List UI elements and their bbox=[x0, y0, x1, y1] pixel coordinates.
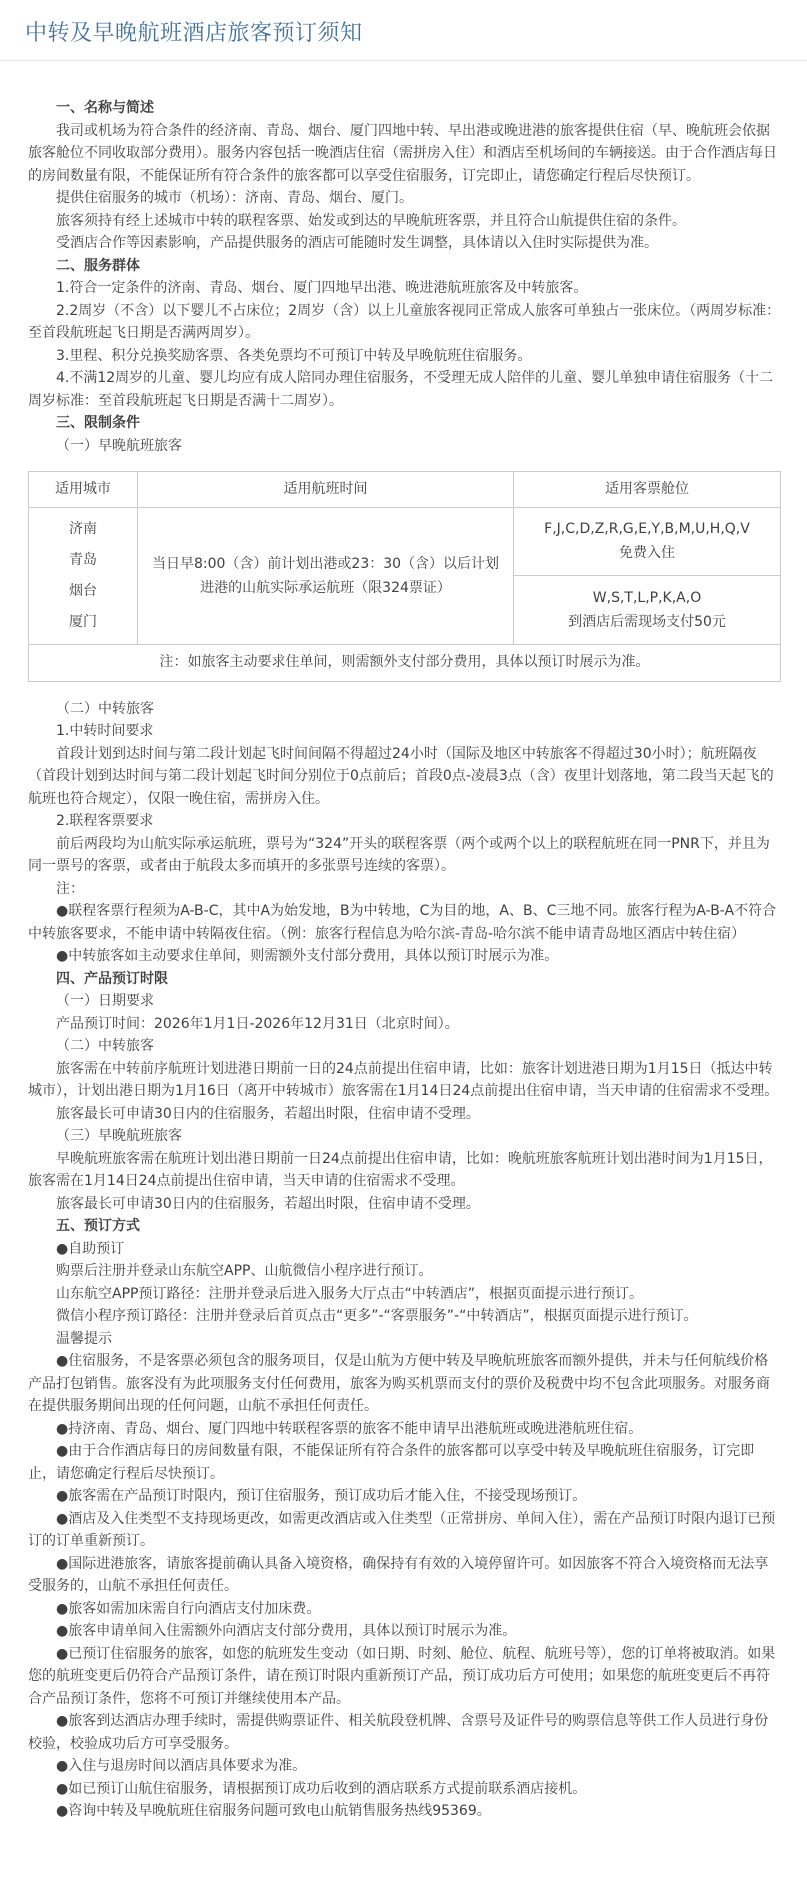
paragraph: （三）早晚航班旅客 bbox=[28, 1125, 781, 1148]
paragraph: 山东航空APP预订路径：注册并登录后进入服务大厅点击“中转酒店”，根据页面提示进… bbox=[28, 1283, 781, 1306]
column-header-flight-time: 适用航班时间 bbox=[138, 472, 514, 508]
cell-cabin-free: F,J,C,D,Z,R,G,E,Y,B,M,U,H,Q,V 免费入住 bbox=[514, 507, 781, 576]
paragraph: ●旅客需在产品预订时限内，预订住宿服务，预订成功后才能入住，不接受现场预订。 bbox=[28, 1485, 781, 1508]
section-heading: 一、名称与简述 bbox=[28, 97, 781, 120]
section-heading: 四、产品预订时限 bbox=[28, 968, 781, 991]
paragraph: 前后两段均为山航实际承运航班，票号为“324”开头的联程客票（两个或两个以上的联… bbox=[28, 833, 781, 878]
paragraph: （一）早晚航班旅客 bbox=[28, 435, 781, 458]
cell-cities: 济南 青岛 烟台 厦门 bbox=[29, 507, 138, 644]
page-title: 中转及早晚航班酒店旅客预订须知 bbox=[25, 16, 783, 47]
paragraph: ●酒店及入住类型不支持现场更改，如需更改酒店或入住类型（正常拼房、单间入住），需… bbox=[28, 1508, 781, 1553]
column-header-cabin: 适用客票舱位 bbox=[514, 472, 781, 508]
paragraph: （二）中转旅客 bbox=[28, 698, 781, 721]
page-header: 中转及早晚航班酒店旅客预订须知 bbox=[0, 0, 807, 60]
table-header-row: 适用城市 适用航班时间 适用客票舱位 bbox=[29, 472, 781, 508]
paragraph: ●如已预订山航住宿服务，请根据预订成功后收到的酒店联系方式提前联系酒店接机。 bbox=[28, 1778, 781, 1801]
paragraph: 旅客最长可申请30日内的住宿服务，若超出时限，住宿申请不受理。 bbox=[28, 1193, 781, 1216]
column-header-city: 适用城市 bbox=[29, 472, 138, 508]
paragraph: ●旅客如需加床需自行向酒店支付加床费。 bbox=[28, 1598, 781, 1621]
section-heading: 三、限制条件 bbox=[28, 412, 781, 435]
notice-content: 一、名称与简述我司或机场为符合条件的经济南、青岛、烟台、厦门四地中转、早出港或晚… bbox=[0, 61, 807, 1893]
city-yantai: 烟台 bbox=[37, 576, 129, 607]
paragraph: ●中转旅客如主动要求住单间，则需额外支付部分费用，具体以预订时展示为准。 bbox=[28, 945, 781, 968]
cabin-note-free: 免费入住 bbox=[522, 541, 772, 565]
paragraph: ●旅客申请单间入住需额外向酒店支付部分费用，具体以预订时展示为准。 bbox=[28, 1620, 781, 1643]
paragraph: 微信小程序预订路径：注册并登录后首页点击“更多”-“客票服务”-“中转酒店”，根… bbox=[28, 1305, 781, 1328]
paragraph: ●联程客票行程须为A-B-C，其中A为始发地，B为中转地，C为目的地，A、B、C… bbox=[28, 900, 781, 945]
city-xiamen: 厦门 bbox=[37, 607, 129, 638]
paragraph: ●由于合作酒店每日的房间数量有限，不能保证所有符合条件的旅客都可以享受中转及早晚… bbox=[28, 1440, 781, 1485]
paragraph: 旅客需在中转前序航班计划进港日期前一日的24点前提出住宿申请，比如：旅客计划进港… bbox=[28, 1058, 781, 1103]
paragraph: ●旅客到达酒店办理手续时，需提供购票证件、相关航段登机牌、含票号及证件号的购票信… bbox=[28, 1710, 781, 1755]
cell-cabin-paid: W,S,T,L,P,K,A,O 到酒店后需现场支付50元 bbox=[514, 576, 781, 645]
paragraph: 注： bbox=[28, 878, 781, 901]
eligibility-table: 适用城市 适用航班时间 适用客票舱位 济南 青岛 烟台 厦门 当日早8:00（含… bbox=[28, 471, 781, 682]
paragraph: ●自助预订 bbox=[28, 1238, 781, 1261]
section-heading: 五、预订方式 bbox=[28, 1215, 781, 1238]
paragraph: 1.符合一定条件的济南、青岛、烟台、厦门四地早出港、晚进港航班旅客及中转旅客。 bbox=[28, 277, 781, 300]
paragraph: 3.里程、积分兑换奖励客票、各类免票均不可预订中转及早晚航班住宿服务。 bbox=[28, 345, 781, 368]
section-heading: 二、服务群体 bbox=[28, 255, 781, 278]
paragraph: 旅客最长可申请30日内的住宿服务，若超出时限，住宿申请不受理。 bbox=[28, 1103, 781, 1126]
cabin-note-paid: 到酒店后需现场支付50元 bbox=[522, 610, 772, 634]
paragraph: 我司或机场为符合条件的经济南、青岛、烟台、厦门四地中转、早出港或晚进港的旅客提供… bbox=[28, 120, 781, 188]
section-top: 一、名称与简述我司或机场为符合条件的经济南、青岛、烟台、厦门四地中转、早出港或晚… bbox=[28, 97, 781, 457]
paragraph: 产品预订时间：2026年1月1日-2026年12月31日（北京时间）。 bbox=[28, 1013, 781, 1036]
paragraph: ●已预订住宿服务的旅客，如您的航班发生变动（如日期、时刻、舱位、航程、航班号等）… bbox=[28, 1643, 781, 1711]
paragraph: 2.联程客票要求 bbox=[28, 810, 781, 833]
paragraph: 首段计划到达时间与第二段计划起飞时间间隔不得超过24小时（国际及地区中转旅客不得… bbox=[28, 743, 781, 811]
paragraph: 提供住宿服务的城市（机场）：济南、青岛、烟台、厦门。 bbox=[28, 187, 781, 210]
paragraph: 1.中转时间要求 bbox=[28, 720, 781, 743]
paragraph: ●国际进港旅客，请旅客提前确认具备入境资格，确保持有有效的入境停留许可。如因旅客… bbox=[28, 1553, 781, 1598]
paragraph: 2.2周岁（不含）以下婴儿不占床位；2周岁（含）以上儿童旅客视同正常成人旅客可单… bbox=[28, 300, 781, 345]
paragraph: （一）日期要求 bbox=[28, 990, 781, 1013]
table-row: 济南 青岛 烟台 厦门 当日早8:00（含）前计划出港或23：30（含）以后计划… bbox=[29, 507, 781, 576]
cabin-classes-free: F,J,C,D,Z,R,G,E,Y,B,M,U,H,Q,V bbox=[522, 517, 772, 541]
paragraph: ●入住与退房时间以酒店具体要求为准。 bbox=[28, 1755, 781, 1778]
paragraph: 旅客须持有经上述城市中转的联程客票、始发或到达的早晚航班客票，并且符合山航提供住… bbox=[28, 210, 781, 233]
paragraph: 4.不满12周岁的儿童、婴儿均应有成人陪同办理住宿服务，不受理无成人陪伴的儿童、… bbox=[28, 367, 781, 412]
cell-table-footnote: 注：如旅客主动要求住单间，则需额外支付部分费用，具体以预订时展示为准。 bbox=[29, 644, 781, 681]
paragraph: ●持济南、青岛、烟台、厦门四地中转联程客票的旅客不能申请早出港航班或晚进港航班住… bbox=[28, 1418, 781, 1441]
paragraph: 温馨提示 bbox=[28, 1328, 781, 1351]
city-qingdao: 青岛 bbox=[37, 545, 129, 576]
cabin-classes-paid: W,S,T,L,P,K,A,O bbox=[522, 586, 772, 610]
paragraph: 受酒店合作等因素影响，产品提供服务的酒店可能随时发生调整，具体请以入住时实际提供… bbox=[28, 232, 781, 255]
paragraph: （二）中转旅客 bbox=[28, 1035, 781, 1058]
paragraph: 早晚航班旅客需在航班计划出港日期前一日24点前提出住宿申请，比如：晚航班旅客航班… bbox=[28, 1148, 781, 1193]
cell-flight-time: 当日早8:00（含）前计划出港或23：30（含）以后计划进港的山航实际承运航班（… bbox=[138, 507, 514, 644]
paragraph: ●咨询中转及早晚航班住宿服务问题可致电山航销售服务热线95369。 bbox=[28, 1800, 781, 1823]
city-jinan: 济南 bbox=[37, 514, 129, 545]
paragraph: ●住宿服务，不是客票必须包含的服务项目，仅是山航为方便中转及早晚航班旅客而额外提… bbox=[28, 1350, 781, 1418]
section-bottom: （二）中转旅客1.中转时间要求首段计划到达时间与第二段计划起飞时间间隔不得超过2… bbox=[28, 698, 781, 1823]
table-footnote-row: 注：如旅客主动要求住单间，则需额外支付部分费用，具体以预订时展示为准。 bbox=[29, 644, 781, 681]
paragraph: 购票后注册并登录山东航空APP、山航微信小程序进行预订。 bbox=[28, 1260, 781, 1283]
